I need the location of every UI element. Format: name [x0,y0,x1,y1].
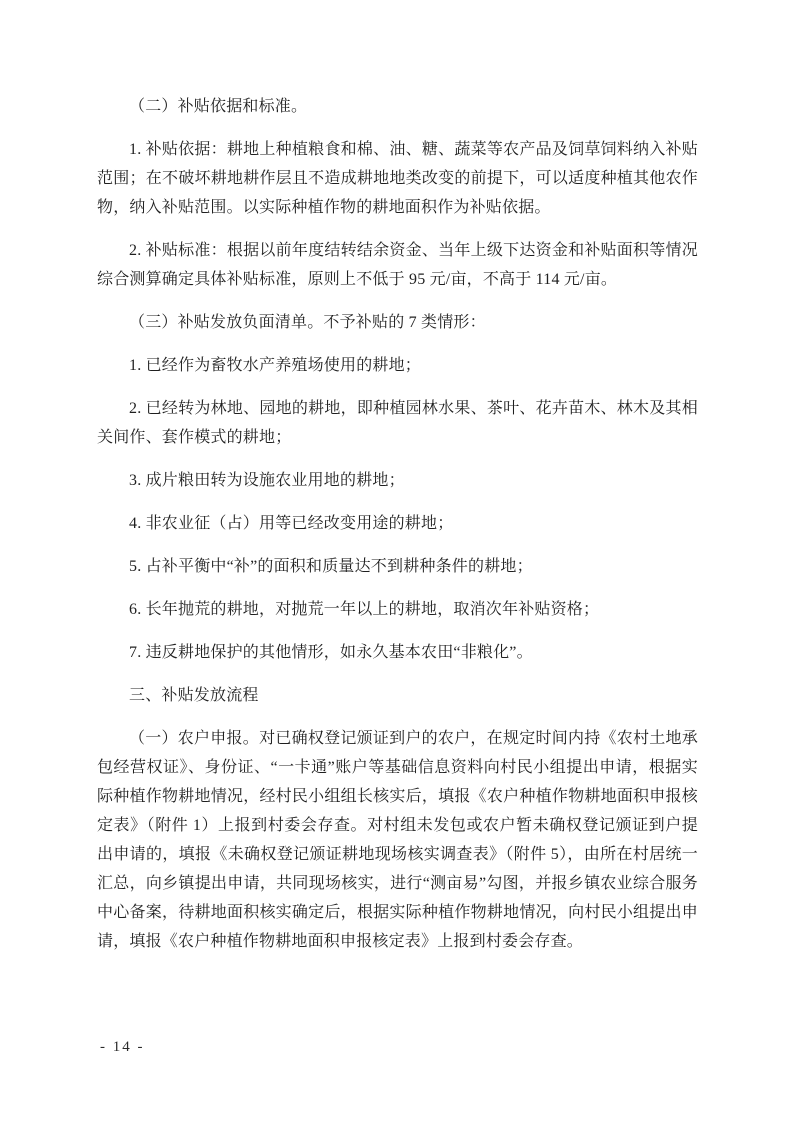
negative-list-item-2: 2. 已经转为林地、园地的耕地，即种植园林水果、茶叶、花卉苗木、林木及其相关间作… [97,394,698,452]
section-heading-subsidy-basis-and-standard: （二）补贴依据和标准。 [97,92,698,121]
para-subsidy-basis: 1. 补贴依据：耕地上种植粮食和棉、油、糖、蔬菜等农产品及饲草饲料纳入补贴范围；… [97,135,698,222]
negative-list-item-7: 7. 违反耕地保护的其他情形，如永久基本农田“非粮化”。 [97,638,698,667]
para-farmer-application: （一）农户申报。对已确权登记颁证到户的农户，在规定时间内持《农村土地承包经营权证… [97,724,698,956]
page-number: - 14 - [100,1036,145,1058]
section-heading-distribution-process: 三、补贴发放流程 [97,681,698,710]
negative-list-item-5: 5. 占补平衡中“补”的面积和质量达不到耕种条件的耕地； [97,552,698,581]
section-heading-negative-list: （三）补贴发放负面清单。不予补贴的 7 类情形： [97,308,698,337]
negative-list-item-4: 4. 非农业征（占）用等已经改变用途的耕地； [97,509,698,538]
negative-list-item-1: 1. 已经作为畜牧水产养殖场使用的耕地； [97,351,698,380]
negative-list-item-6: 6. 长年抛荒的耕地，对抛荒一年以上的耕地，取消次年补贴资格； [97,595,698,624]
document-page: （二）补贴依据和标准。 1. 补贴依据：耕地上种植粮食和棉、油、糖、蔬菜等农产品… [0,0,793,1122]
document-body: （二）补贴依据和标准。 1. 补贴依据：耕地上种植粮食和棉、油、糖、蔬菜等农产品… [97,92,698,956]
negative-list-item-3: 3. 成片粮田转为设施农业用地的耕地； [97,466,698,495]
para-subsidy-standard: 2. 补贴标准：根据以前年度结转结余资金、当年上级下达资金和补贴面积等情况综合测… [97,236,698,294]
